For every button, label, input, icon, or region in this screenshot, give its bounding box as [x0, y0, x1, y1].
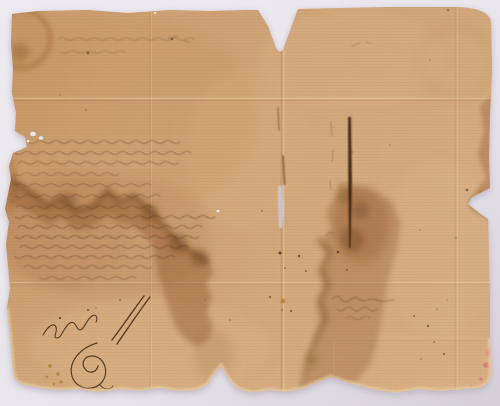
paper-surface [0, 0, 500, 406]
hole-top [154, 12, 157, 14]
photograph [0, 0, 500, 406]
inscription-dot [87, 309, 89, 311]
manuscript-photo [0, 0, 500, 406]
hole-center [216, 210, 219, 213]
inscription-dot [59, 317, 61, 319]
